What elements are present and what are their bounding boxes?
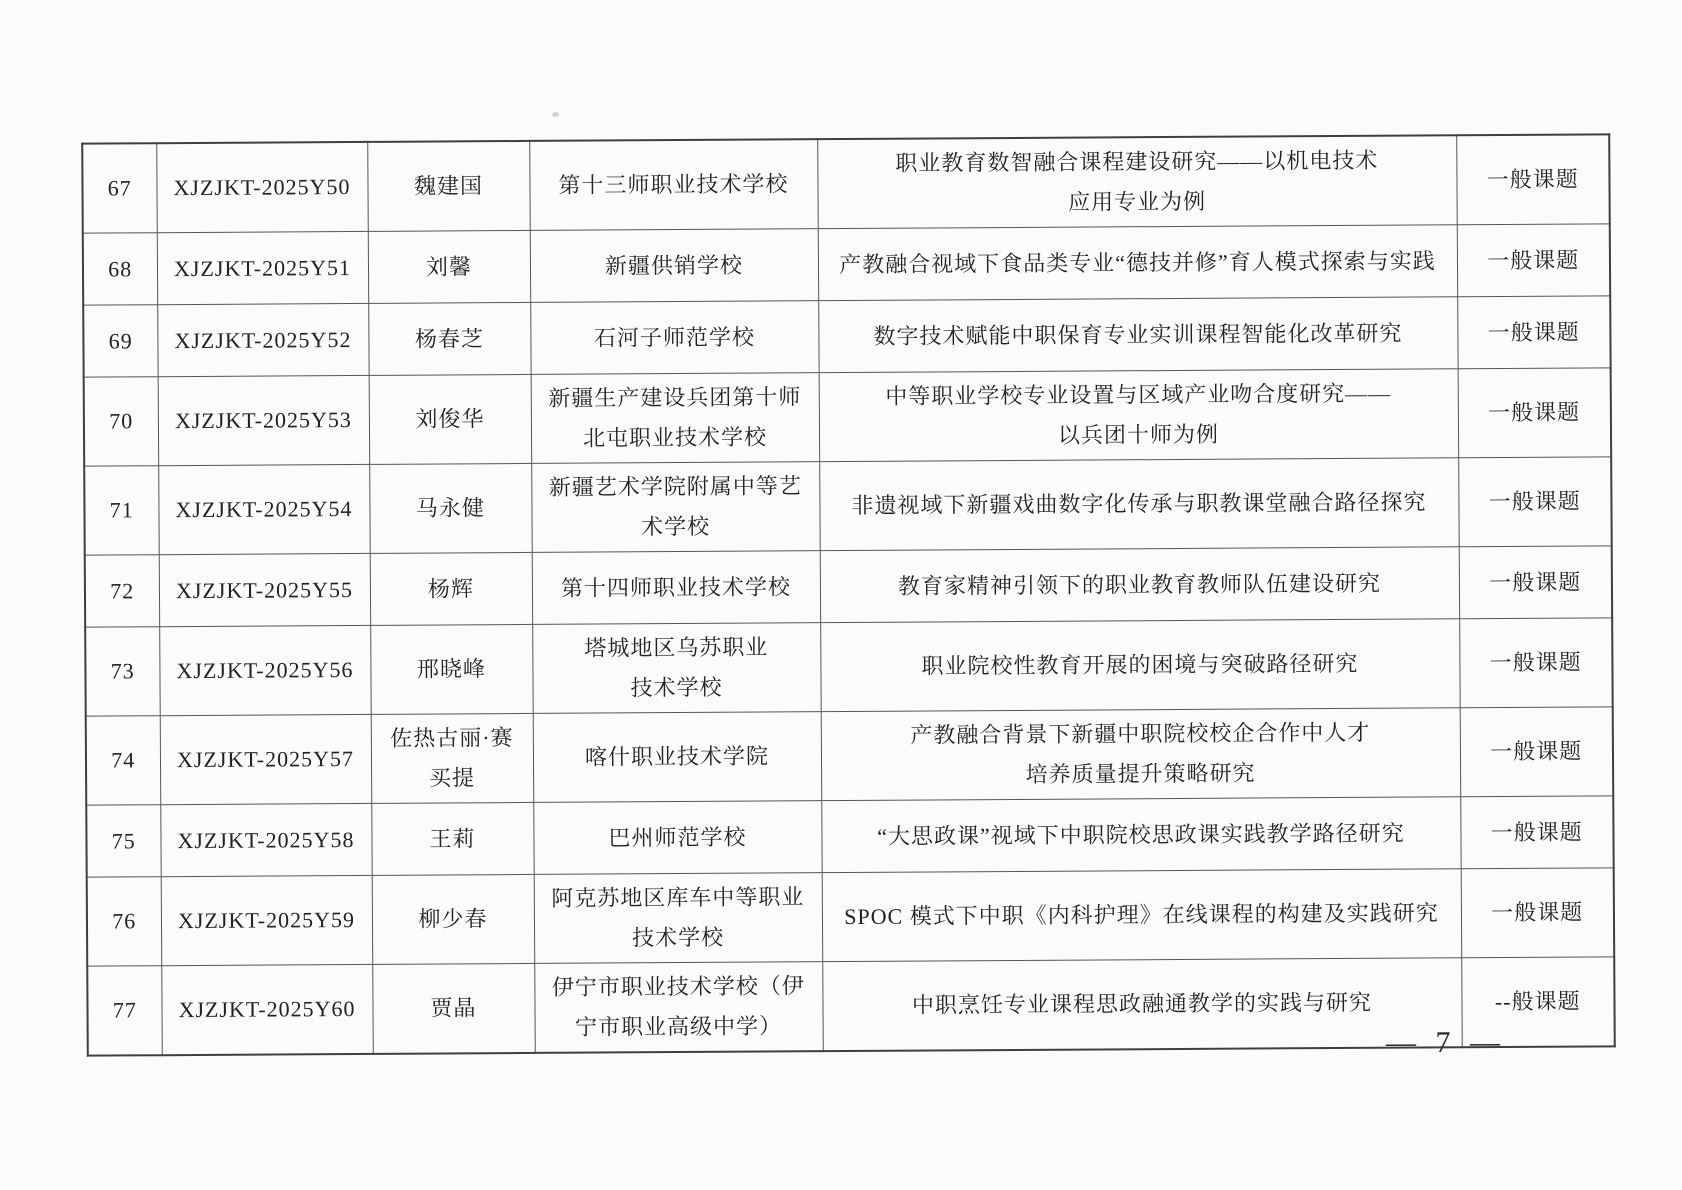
cell-project-code: XJZJKT-2025Y57 xyxy=(160,714,372,804)
cell-leader-name: 刘馨 xyxy=(368,230,530,303)
cell-leader-name: 杨辉 xyxy=(370,552,532,625)
cell-category: 一般课题 xyxy=(1461,868,1615,958)
cell-project-code: XJZJKT-2025Y54 xyxy=(158,464,370,554)
cell-school-name: 伊宁市职业技术学校（伊 宁市职业高级中学） xyxy=(534,962,823,1053)
cell-leader-name: 魏建国 xyxy=(367,141,530,231)
cell-leader-name: 柳少春 xyxy=(372,874,535,964)
cell-school-name: 第十三师职业技术学校 xyxy=(529,139,818,230)
cell-row-number: 76 xyxy=(87,877,162,966)
cell-row-number: 70 xyxy=(84,377,159,466)
cell-project-title: 教育家精神引领下的职业教育教师队伍建设研究 xyxy=(820,547,1459,623)
cell-project-code: XJZJKT-2025Y52 xyxy=(157,303,368,376)
cell-row-number: 77 xyxy=(87,966,162,1056)
cell-school-name: 喀什职业技术学院 xyxy=(533,712,822,803)
cell-project-code: XJZJKT-2025Y56 xyxy=(159,625,371,715)
cell-leader-name: 贾晶 xyxy=(372,963,535,1053)
cell-category: 一般课题 xyxy=(1459,546,1612,619)
table-row: 72 XJZJKT-2025Y55 杨辉 第十四师职业技术学校 教育家精神引领下… xyxy=(85,546,1612,627)
cell-category: 一般课题 xyxy=(1457,224,1610,297)
table-row: 75 XJZJKT-2025Y58 王莉 巴州师范学校 “大思政课”视域下中职院… xyxy=(86,796,1613,877)
cell-project-code: XJZJKT-2025Y50 xyxy=(156,142,368,233)
cell-category: 一般课题 xyxy=(1458,368,1612,458)
cell-project-title: “大思政课”视域下中职院校思政课实践教学路径研究 xyxy=(821,797,1460,873)
cell-project-title: 数字技术赋能中职保育专业实训课程智能化改革研究 xyxy=(818,297,1457,373)
table-row: 71 XJZJKT-2025Y54 马永健 新疆艺术学院附属中等艺 术学校 非遗… xyxy=(84,457,1612,555)
cell-project-title: 职业院校性教育开展的困境与突破路径研究 xyxy=(820,619,1460,712)
cell-project-code: XJZJKT-2025Y51 xyxy=(157,231,368,304)
cell-project-code: XJZJKT-2025Y59 xyxy=(161,875,373,965)
cell-row-number: 67 xyxy=(82,143,157,233)
table-row: 76 XJZJKT-2025Y59 柳少春 阿克苏地区库车中等职业 技术学校 S… xyxy=(87,868,1615,966)
cell-leader-name: 佐热古丽·赛 买提 xyxy=(371,713,534,803)
cell-category: 一般课题 xyxy=(1460,796,1613,869)
table-row: 69 XJZJKT-2025Y52 杨春芝 石河子师范学校 数字技术赋能中职保育… xyxy=(83,296,1610,377)
cell-row-number: 71 xyxy=(84,466,159,555)
projects-table-wrap: 67 XJZJKT-2025Y50 魏建国 第十三师职业技术学校 职业教育数智融… xyxy=(81,133,1614,1056)
cell-leader-name: 邢晓峰 xyxy=(370,624,533,714)
page-number: — 7 — xyxy=(1316,1026,1576,1061)
table-row: 74 XJZJKT-2025Y57 佐热古丽·赛 买提 喀什职业技术学院 产教融… xyxy=(86,707,1614,805)
cell-project-title: SPOC 模式下中职《内科护理》在线课程的构建及实践研究 xyxy=(822,869,1462,962)
projects-table-body: 67 XJZJKT-2025Y50 魏建国 第十三师职业技术学校 职业教育数智融… xyxy=(82,134,1615,1055)
cell-category: 一般课题 xyxy=(1459,618,1613,708)
cell-project-title: 产教融合背景下新疆中职院校校企合作中人才 培养质量提升策略研究 xyxy=(821,708,1461,801)
cell-project-code: XJZJKT-2025Y55 xyxy=(159,553,370,626)
cell-row-number: 69 xyxy=(83,305,157,377)
cell-school-name: 巴州师范学校 xyxy=(533,801,821,875)
table-row: 68 XJZJKT-2025Y51 刘馨 新疆供销学校 产教融合视域下食品类专业… xyxy=(83,224,1610,305)
cell-category: 一般课题 xyxy=(1457,296,1610,369)
cell-leader-name: 王莉 xyxy=(371,802,533,875)
cell-school-name: 新疆供销学校 xyxy=(530,229,818,303)
cell-row-number: 72 xyxy=(85,555,159,627)
cell-row-number: 73 xyxy=(85,627,160,716)
cell-project-code: XJZJKT-2025Y53 xyxy=(158,375,370,465)
cell-category: 一般课题 xyxy=(1456,134,1610,224)
table-row: 73 XJZJKT-2025Y56 邢晓峰 塔城地区乌苏职业 技术学校 职业院校… xyxy=(85,618,1613,716)
cell-project-title: 职业教育数智融合课程建设研究——以机电技术 应用专业为例 xyxy=(817,135,1457,228)
cell-school-name: 第十四师职业技术学校 xyxy=(532,551,820,625)
cell-leader-name: 马永健 xyxy=(369,463,532,553)
table-row: 70 XJZJKT-2025Y53 刘俊华 新疆生产建设兵团第十师 北屯职业技术… xyxy=(84,368,1612,466)
cell-project-title: 产教融合视域下食品类专业“德技并修”育人模式探索与实践 xyxy=(818,225,1457,301)
cell-project-code: XJZJKT-2025Y60 xyxy=(161,964,373,1055)
table-row: 67 XJZJKT-2025Y50 魏建国 第十三师职业技术学校 职业教育数智融… xyxy=(82,134,1610,233)
cell-row-number: 68 xyxy=(83,233,157,305)
cell-school-name: 石河子师范学校 xyxy=(530,301,818,375)
document-page: { "page": { "number_display": "— 7 —" },… xyxy=(0,0,1682,1190)
cell-row-number: 75 xyxy=(86,805,160,877)
cell-school-name: 塔城地区乌苏职业 技术学校 xyxy=(532,623,821,714)
cell-project-title: 非遗视域下新疆戏曲数字化传承与职教课堂融合路径探究 xyxy=(819,458,1459,551)
cell-category: 一般课题 xyxy=(1458,457,1612,547)
cell-leader-name: 杨春芝 xyxy=(368,302,530,375)
cell-school-name: 新疆艺术学院附属中等艺 术学校 xyxy=(531,462,820,553)
scan-speck xyxy=(552,112,559,117)
cell-row-number: 74 xyxy=(86,716,161,805)
cell-school-name: 新疆生产建设兵团第十师 北屯职业技术学校 xyxy=(531,373,820,464)
projects-table: 67 XJZJKT-2025Y50 魏建国 第十三师职业技术学校 职业教育数智融… xyxy=(81,133,1616,1056)
cell-category: 一般课题 xyxy=(1460,707,1614,797)
cell-project-code: XJZJKT-2025Y58 xyxy=(160,803,371,876)
cell-school-name: 阿克苏地区库车中等职业 技术学校 xyxy=(534,873,823,964)
cell-project-title: 中等职业学校专业设置与区域产业吻合度研究—— 以兵团十师为例 xyxy=(819,369,1459,462)
cell-leader-name: 刘俊华 xyxy=(369,374,532,464)
